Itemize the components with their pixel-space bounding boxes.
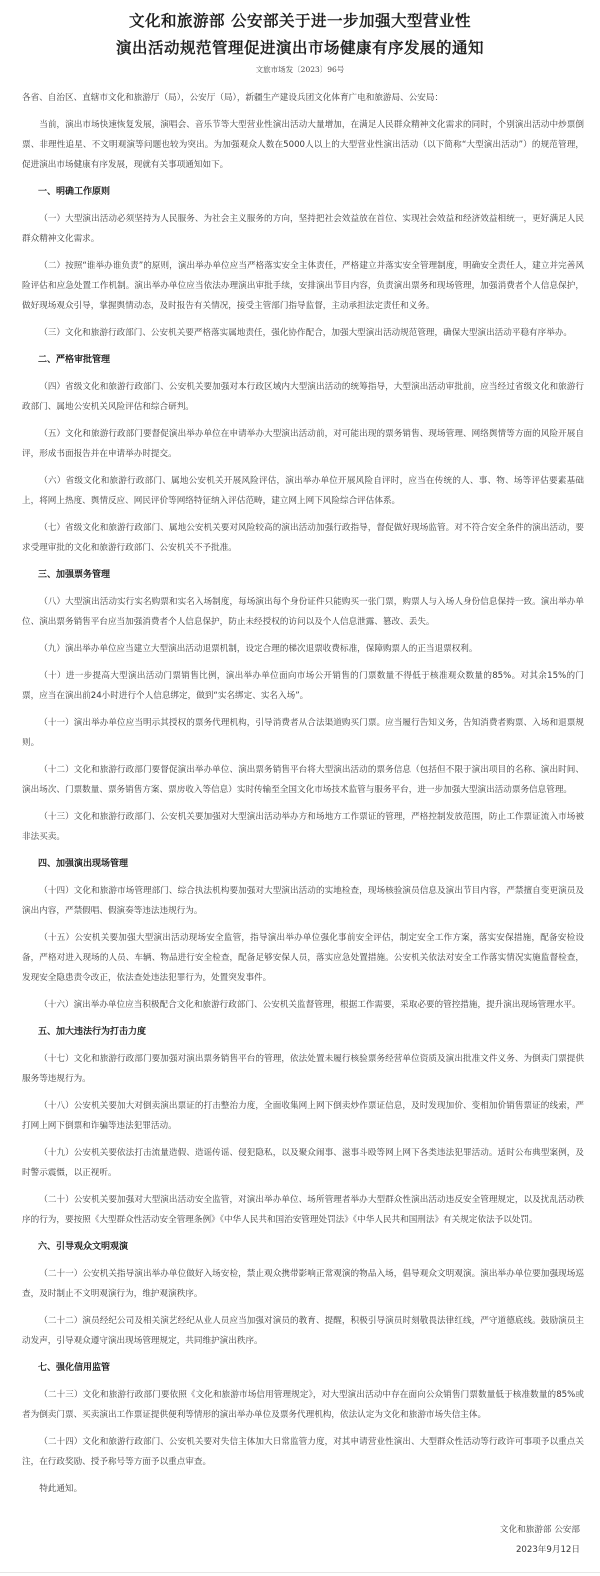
section-2: 二、严格审批管理 （四）省级文化和旅游行政部门、公安机关要加强对本行政区域内大型… bbox=[22, 350, 584, 558]
paragraph: （十八）公安机关要加大对倒卖演出票证的打击整治力度，全面收集网上网下倒卖炒作票证… bbox=[22, 1096, 584, 1136]
section-heading: 四、加强演出现场管理 bbox=[22, 854, 584, 874]
signatory: 文化和旅游部 公安部 bbox=[500, 1520, 580, 1540]
paragraph: （十二）文化和旅游行政部门要督促演出举办单位、演出票务销售平台将大型演出活动的票… bbox=[22, 760, 584, 800]
document-title-line-2: 演出活动规范管理促进演出市场健康有序发展的通知 bbox=[0, 36, 600, 58]
paragraph: （十六）演出举办单位应当积极配合文化和旅游行政部门、公安机关监督管理，根据工作需… bbox=[22, 995, 584, 1015]
paragraph: （四）省级文化和旅游行政部门、公安机关要加强对本行政区域内大型演出活动的统筹指导… bbox=[22, 377, 584, 417]
paragraph: （八）大型演出活动实行实名购票和实名入场制度，每场演出每个身份证件只能购买一张门… bbox=[22, 592, 584, 632]
paragraph: （十三）文化和旅游行政部门、公安机关要加强对大型演出活动举办方和场地方工作票证的… bbox=[22, 807, 584, 847]
paragraph: （二十四）文化和旅游行政部门、公安机关要对失信主体加大日常监管力度，对其申请营业… bbox=[22, 1432, 584, 1472]
paragraph: （二）按照“谁举办谁负责”的原则，演出举办单位应当严格落实安全主体责任，严格建立… bbox=[22, 256, 584, 316]
section-heading: 一、明确工作原则 bbox=[22, 182, 584, 202]
section-heading: 三、加强票务管理 bbox=[22, 565, 584, 585]
paragraph: （十一）演出举办单位应当明示其授权的票务代理机构，引导消费者从合法渠道购买门票。… bbox=[22, 713, 584, 753]
addressee: 各省、自治区、直辖市文化和旅游厅（局），公安厅（局），新疆生产建设兵团文化体育广… bbox=[22, 88, 584, 108]
section-heading: 六、引导观众文明观演 bbox=[22, 1237, 584, 1257]
document-body: 各省、自治区、直辖市文化和旅游厅（局），公安厅（局），新疆生产建设兵团文化体育广… bbox=[22, 88, 584, 1506]
closing-line: 特此通知。 bbox=[22, 1479, 584, 1499]
paragraph: （九）演出举办单位应当建立大型演出活动退票机制，设定合理的梯次退票收费标准，保障… bbox=[22, 639, 584, 659]
paragraph: （十五）公安机关要加强大型演出活动现场安全监管，指导演出举办单位强化事前安全评估… bbox=[22, 928, 584, 988]
paragraph: （七）省级文化和旅游行政部门、属地公安机关要对风险较高的演出活动加强行政指导，督… bbox=[22, 518, 584, 558]
intro-paragraph: 当前，演出市场快速恢复发展，演唱会、音乐节等大型营业性演出活动大量增加，在满足人… bbox=[22, 115, 584, 175]
paragraph: （三）文化和旅游行政部门、公安机关要严格落实属地责任，强化协作配合，加强大型演出… bbox=[22, 323, 584, 343]
section-5: 五、加大违法行为打击力度 （十七）文化和旅游行政部门要加强对演出票务销售平台的管… bbox=[22, 1022, 584, 1230]
paragraph: （一）大型演出活动必须坚持为人民服务、为社会主义服务的方向，坚持把社会效益放在首… bbox=[22, 209, 584, 249]
paragraph: （六）省级文化和旅游行政部门、属地公安机关开展风险评估，演出举办单位开展风险自评… bbox=[22, 471, 584, 511]
signature-block: 文化和旅游部 公安部 2023年9月12日 bbox=[500, 1520, 580, 1560]
document-page: 文化和旅游部 公安部关于进一步加强大型营业性 演出活动规范管理促进演出市场健康有… bbox=[0, 0, 600, 1576]
document-number: 文旅市场发〔2023〕96号 bbox=[0, 64, 600, 75]
document-title-line-1: 文化和旅游部 公安部关于进一步加强大型营业性 bbox=[0, 9, 600, 31]
issue-date: 2023年9月12日 bbox=[500, 1540, 580, 1560]
paragraph: （十四）文化和旅游市场管理部门、综合执法机构要加强对大型演出活动的实地检查，现场… bbox=[22, 881, 584, 921]
paragraph: （十）进一步提高大型演出活动门票销售比例，演出举办单位面向市场公开销售的门票数量… bbox=[22, 666, 584, 706]
section-4: 四、加强演出现场管理 （十四）文化和旅游市场管理部门、综合执法机构要加强对大型演… bbox=[22, 854, 584, 1015]
section-3: 三、加强票务管理 （八）大型演出活动实行实名购票和实名入场制度，每场演出每个身份… bbox=[22, 565, 584, 847]
paragraph: （二十三）文化和旅游行政部门要依照《文化和旅游市场信用管理规定》，对大型演出活动… bbox=[22, 1385, 584, 1425]
section-heading: 二、严格审批管理 bbox=[22, 350, 584, 370]
section-heading: 五、加大违法行为打击力度 bbox=[22, 1022, 584, 1042]
section-1: 一、明确工作原则 （一）大型演出活动必须坚持为人民服务、为社会主义服务的方向，坚… bbox=[22, 182, 584, 343]
section-heading: 七、强化信用监管 bbox=[22, 1358, 584, 1378]
section-6: 六、引导观众文明观演 （二十一）公安机关指导演出举办单位做好入场安检，禁止观众携… bbox=[22, 1237, 584, 1351]
paragraph: （二十）公安机关要加强对大型演出活动安全监管，对演出举办单位、场所管理者举办大型… bbox=[22, 1190, 584, 1230]
paragraph: （十七）文化和旅游行政部门要加强对演出票务销售平台的管理，依法处置未履行核验票务… bbox=[22, 1049, 584, 1089]
paragraph: （二十一）公安机关指导演出举办单位做好入场安检，禁止观众携带影响正常观演的物品入… bbox=[22, 1264, 584, 1304]
paragraph: （五）文化和旅游行政部门要督促演出举办单位在申请举办大型演出活动前，对可能出现的… bbox=[22, 424, 584, 464]
paragraph: （二十二）演员经纪公司及相关演艺经纪从业人员应当加强对演员的教育、提醒，积极引导… bbox=[22, 1311, 584, 1351]
bottom-divider bbox=[0, 1572, 600, 1573]
section-7: 七、强化信用监管 （二十三）文化和旅游行政部门要依照《文化和旅游市场信用管理规定… bbox=[22, 1358, 584, 1472]
paragraph: （十九）公安机关要依法打击流量造假、造谣传谣、侵犯隐私，以及聚众闹事、滋事斗殴等… bbox=[22, 1143, 584, 1183]
